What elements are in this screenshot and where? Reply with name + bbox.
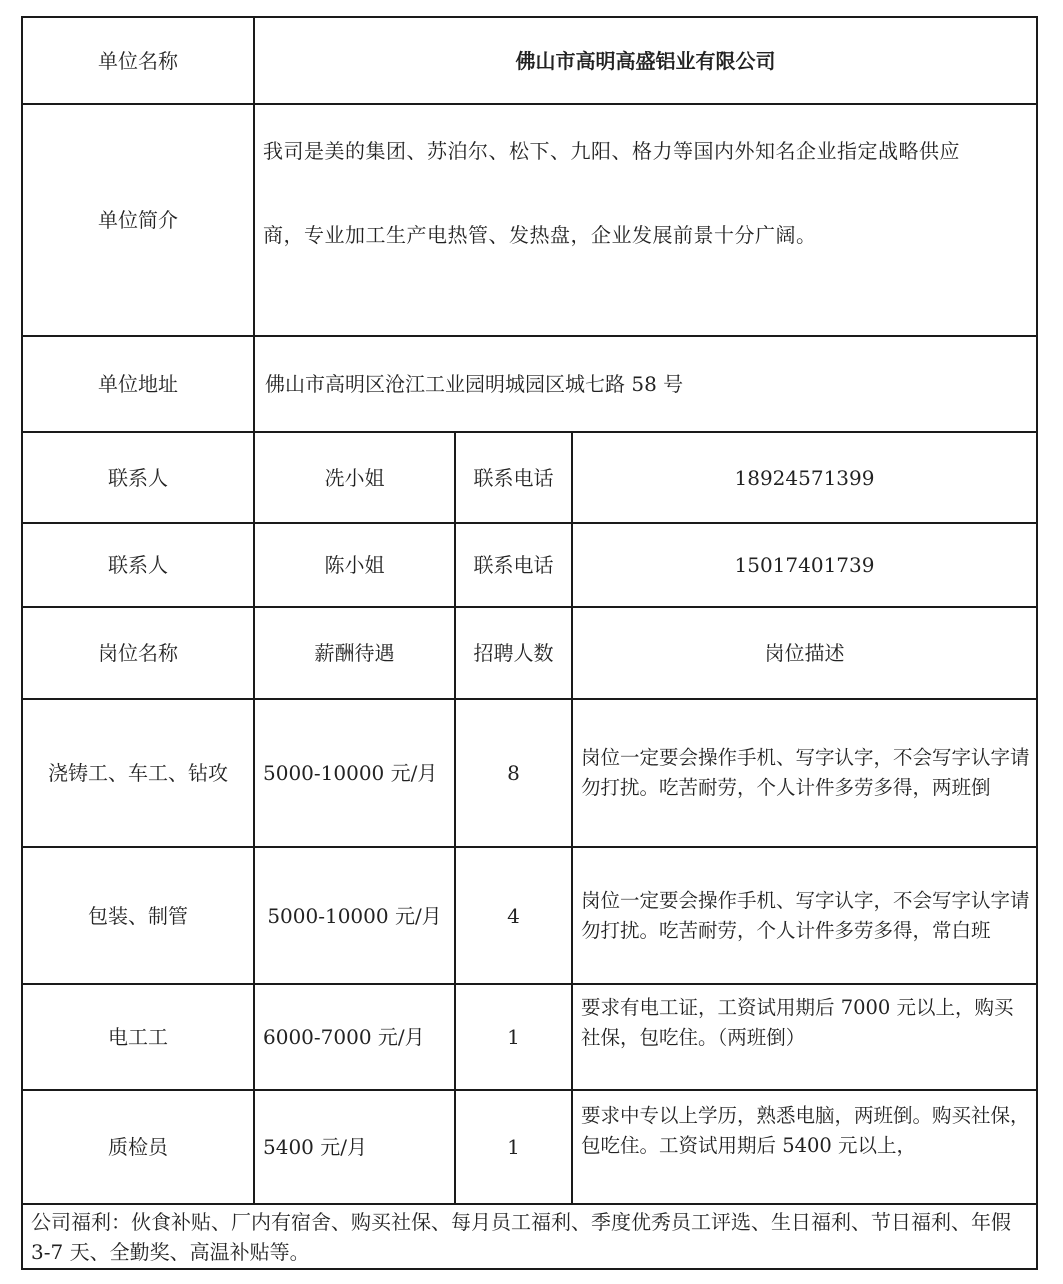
contact-phone: 18924571399 <box>573 433 1036 522</box>
job-salary: 5000-10000 元/月 <box>255 848 454 983</box>
company-address: 佛山市高明区沧江工业园明城园区城七路 58 号 <box>255 337 1036 431</box>
company-intro: 我司是美的集团、苏泊尔、松下、九阳、格力等国内外知名企业指定战略供应 商，专业加… <box>255 105 1036 335</box>
job-description: 岗位一定要会操作手机、写字认字，不会写字认字请勿打扰。吃苦耐劳，个人计件多劳多得… <box>573 700 1036 846</box>
header-description: 岗位描述 <box>573 608 1036 698</box>
job-description-text: 要求有电工证，工资试用期后 7000 元以上，购买社保，包吃住。（两班倒） <box>573 985 1036 1053</box>
job-position: 电工工 <box>23 985 253 1089</box>
job-position: 浇铸工、车工、钻攻 <box>23 700 253 846</box>
job-count: 4 <box>456 848 571 983</box>
job-description: 岗位一定要会操作手机、写字认字，不会写字认字请勿打扰。吃苦耐劳，个人计件多劳多得… <box>573 848 1036 983</box>
company-benefits-text: 公司福利：伙食补贴、厂内有宿舍、购买社保、每月员工福利、季度优秀员工评选、生日福… <box>23 1203 1036 1271</box>
job-salary: 5000-10000 元/月 <box>255 700 454 846</box>
job-description-text: 岗位一定要会操作手机、写字认字，不会写字认字请勿打扰。吃苦耐劳，个人计件多劳多得… <box>573 886 1036 946</box>
job-salary: 5400 元/月 <box>255 1091 454 1203</box>
header-count: 招聘人数 <box>456 608 571 698</box>
job-description: 要求有电工证，工资试用期后 7000 元以上，购买社保，包吃住。（两班倒） <box>573 985 1036 1089</box>
contact-label: 联系人 <box>23 524 253 606</box>
company-intro-line: 商，专业加工生产电热管、发热盘，企业发展前景十分广阔。 <box>263 193 960 277</box>
recruitment-table: 单位名称 佛山市高明高盛铝业有限公司 单位简介 我司是美的集团、苏泊尔、松下、九… <box>21 16 1038 1270</box>
company-intro-line: 我司是美的集团、苏泊尔、松下、九阳、格力等国内外知名企业指定战略供应 <box>263 109 960 193</box>
contact-label: 联系人 <box>23 433 253 522</box>
header-position: 岗位名称 <box>23 608 253 698</box>
contact-phone-label: 联系电话 <box>456 524 571 606</box>
contact-phone-label: 联系电话 <box>456 433 571 522</box>
contact-name: 陈小姐 <box>255 524 454 606</box>
company-name-label: 单位名称 <box>23 18 253 103</box>
job-count: 1 <box>456 985 571 1089</box>
job-count: 1 <box>456 1091 571 1203</box>
job-description-text: 岗位一定要会操作手机、写字认字，不会写字认字请勿打扰。吃苦耐劳，个人计件多劳多得… <box>573 743 1036 803</box>
job-position: 质检员 <box>23 1091 253 1203</box>
job-position: 包装、制管 <box>23 848 253 983</box>
job-description: 要求中专以上学历，熟悉电脑，两班倒。购买社保，包吃住。工资试用期后 5400 元… <box>573 1091 1036 1203</box>
company-benefits: 公司福利：伙食补贴、厂内有宿舍、购买社保、每月员工福利、季度优秀员工评选、生日福… <box>23 1205 1036 1268</box>
header-salary: 薪酬待遇 <box>255 608 454 698</box>
company-intro-label: 单位简介 <box>23 105 253 335</box>
contact-phone: 15017401739 <box>573 524 1036 606</box>
company-name: 佛山市高明高盛铝业有限公司 <box>255 18 1036 103</box>
job-count: 8 <box>456 700 571 846</box>
contact-name: 冼小姐 <box>255 433 454 522</box>
company-address-label: 单位地址 <box>23 337 253 431</box>
job-description-text: 要求中专以上学历，熟悉电脑，两班倒。购买社保，包吃住。工资试用期后 5400 元… <box>573 1091 1036 1161</box>
job-salary: 6000-7000 元/月 <box>255 985 454 1089</box>
